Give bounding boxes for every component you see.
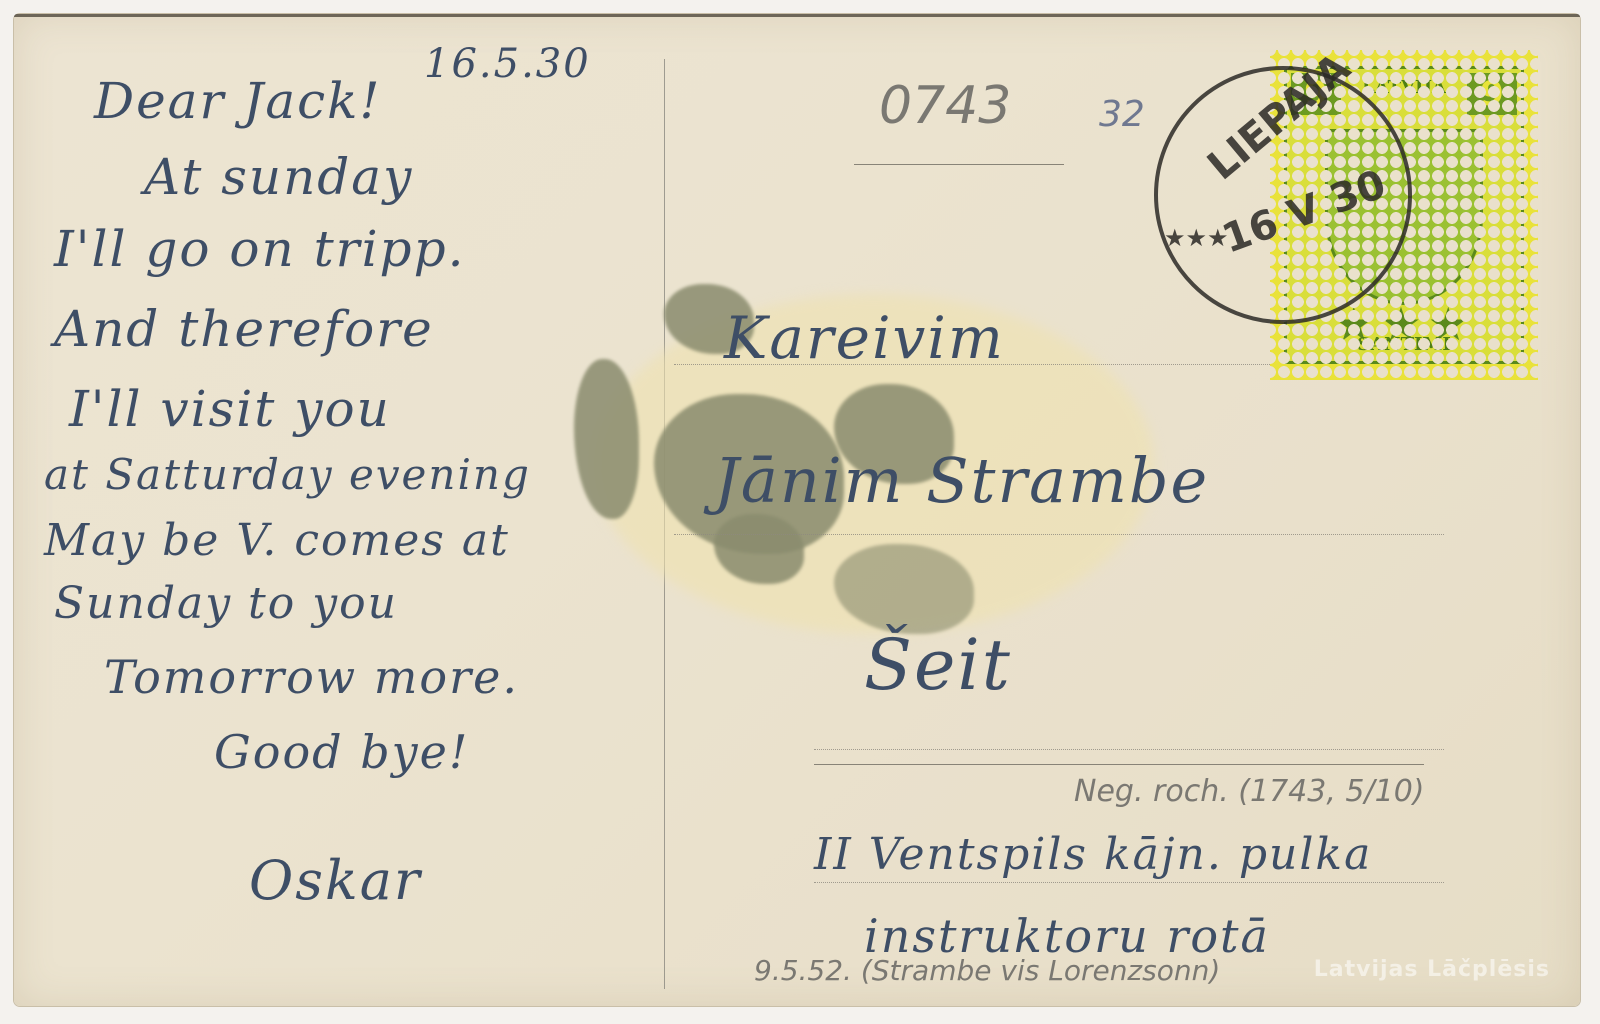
address-rule bbox=[814, 882, 1444, 883]
unit-line: II Ventspils kājn. pulka bbox=[814, 829, 1372, 880]
postcard-back: 16.5.30 Dear Jack! At sunday I'll go on … bbox=[14, 14, 1580, 1006]
message-line: Good bye! bbox=[214, 729, 469, 775]
address-line: Šeit bbox=[864, 624, 1012, 706]
message-line: I'll go on tripp. bbox=[54, 224, 465, 274]
stamp-country: LATVIJA bbox=[1353, 77, 1455, 98]
message-date: 16.5.30 bbox=[424, 44, 591, 84]
message-line: And therefore bbox=[54, 304, 434, 354]
bottom-note: 9.5.52. (Strambe vis Lorenzsonn) bbox=[754, 954, 1220, 987]
address-rule bbox=[674, 534, 1444, 535]
message-signature: Oskar bbox=[249, 854, 422, 908]
message-line: Sunday to you bbox=[54, 582, 398, 626]
address-line: Jānim Strambe bbox=[714, 444, 1209, 517]
stamp-value: 9 bbox=[1467, 73, 1517, 115]
watermark: Latvijas Lāčplēsis bbox=[1314, 957, 1550, 982]
message-line: May be V. comes at bbox=[44, 519, 510, 563]
address-rule bbox=[814, 749, 1444, 750]
message-line: Dear Jack! bbox=[94, 76, 382, 126]
address-rule bbox=[814, 764, 1424, 765]
negative-note: Neg. roch. (1743, 5/10) bbox=[1074, 774, 1424, 809]
archive-number: 0743 bbox=[879, 76, 1011, 136]
archive-suffix: 32 bbox=[1099, 94, 1145, 135]
address-line: Kareivim bbox=[724, 304, 1005, 372]
message-line: I'll visit you bbox=[69, 384, 391, 434]
stamp-denomination: SANTIMI bbox=[1287, 334, 1521, 355]
message-line: at Satturday evening bbox=[44, 454, 531, 496]
message-line: At sunday bbox=[144, 152, 413, 202]
archive-underline bbox=[854, 164, 1064, 165]
message-line: Tomorrow more. bbox=[104, 654, 519, 700]
